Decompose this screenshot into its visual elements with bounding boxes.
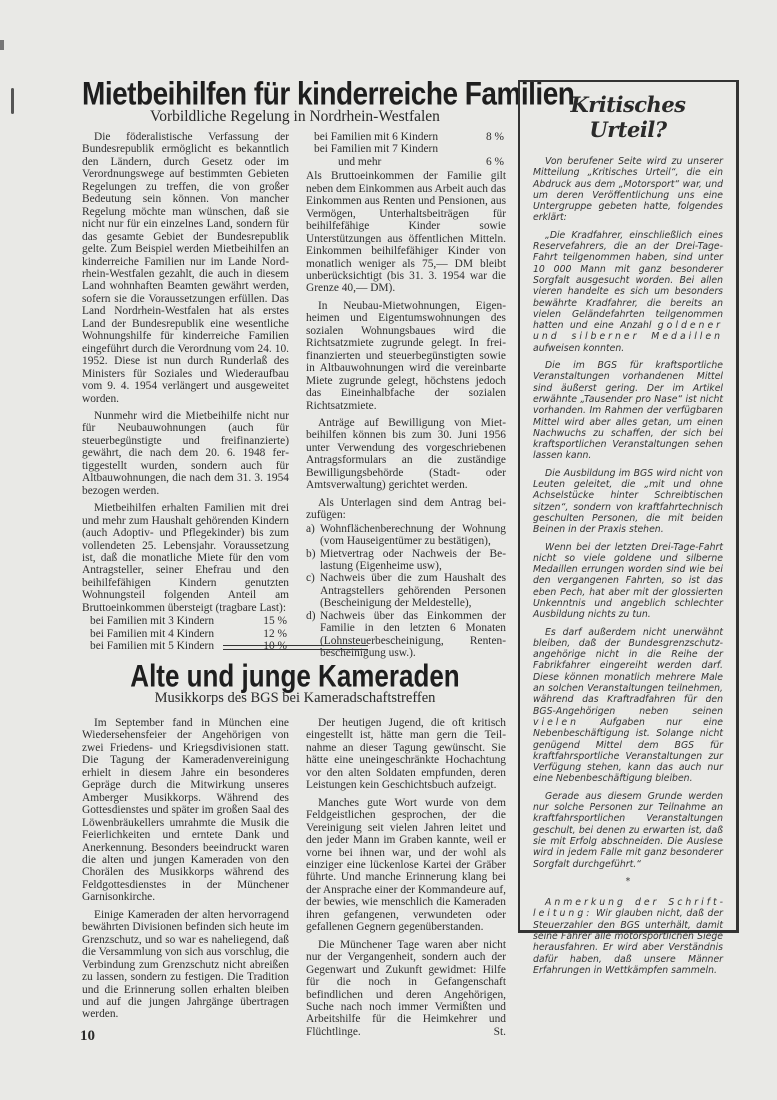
paragraph: Mietbeihilfen erhalten Familien mit drei… xyxy=(82,502,289,614)
list-item: b) Mietvertrag oder Nachweis der Be­last… xyxy=(306,548,506,573)
paragraph: Nunmehr wird die Mietbeihilfe nicht nur … xyxy=(82,410,289,497)
paragraph: Der heutigen Jugend, die oft kritisch ei… xyxy=(306,717,506,792)
margin-mark xyxy=(11,88,14,114)
list-item: c) Nachweis über die zum Haushalt des An… xyxy=(306,572,506,609)
sidebar-title: Kritisches Urteil? xyxy=(533,92,723,142)
scan-mark xyxy=(0,40,4,50)
article2-column2: Der heutigen Jugend, die oft kritisch ei… xyxy=(306,717,506,1043)
paragraph: Die föderalistische Verfassung der Bunde… xyxy=(82,131,289,405)
article1-column2: bei Familien mit 6 Kindern 8 % bei Famil… xyxy=(306,131,506,660)
paragraph: Einige Kameraden der alten hervor­ragend… xyxy=(82,909,289,1021)
sidebar-body: Von berufener Seite wird zu un­serer Mit… xyxy=(533,156,723,976)
list-item: a) Wohnflächenberechnung der Woh­nung (v… xyxy=(306,523,506,548)
list-item: d) Nachweis über das Einkommen der Famil… xyxy=(306,610,506,660)
article1-title: Mietbeihilfen für kinderreiche Familien xyxy=(82,76,508,113)
star-separator: * xyxy=(533,876,723,887)
page-number: 10 xyxy=(80,1028,95,1045)
paragraph: Die Münchener Tage waren aber nicht nur … xyxy=(306,939,506,1039)
paragraph: Die Ausbildung im BGS wird nicht von Leu… xyxy=(533,468,723,536)
paragraph: Die im BGS für kraftsportliche Veranstal… xyxy=(533,360,723,462)
paragraph: Anträge auf Bewilligung von Miet­beihilf… xyxy=(306,417,506,492)
editor-note: Anmerkung der Schrift­leitung: Wir glaub… xyxy=(533,897,723,976)
article2-column1: Im September fand in München eine Wieder… xyxy=(82,717,289,1026)
paragraph: Wenn bei der letzten Drei-Tage-Fahrt nic… xyxy=(533,542,723,621)
rate-row: bei Familien mit 4 Kindern 12 % xyxy=(82,628,289,640)
paragraph: Es darf außerdem nicht unerwähnt bleiben… xyxy=(533,627,723,785)
paragraph: Von berufener Seite wird zu un­serer Mit… xyxy=(533,156,723,224)
paragraph: Im September fand in München eine Wieder… xyxy=(82,717,289,904)
rate-row: bei Familien mit 7 Kindern xyxy=(306,143,506,155)
rate-row: und mehr 6 % xyxy=(306,156,506,168)
section-divider xyxy=(223,645,368,650)
paragraph: In Neubau-Mietwohnungen, Eigen­heimen un… xyxy=(306,300,506,412)
sidebar-box: Kritisches Urteil? Von berufener Seite w… xyxy=(518,80,739,933)
paragraph: Gerade aus diesem Grunde wer­den nur sol… xyxy=(533,791,723,870)
article1-subtitle: Vorbildliche Regelung in Nordrhein-Westf… xyxy=(82,108,508,126)
paragraph: Als Bruttoeinkommen der Familie gilt neb… xyxy=(306,170,506,295)
paragraph: „Die Kradfahrer, einschließlich eines Re… xyxy=(533,230,723,354)
magazine-page: Mietbeihilfen für kinderreiche Familien … xyxy=(0,0,777,1100)
rate-row: bei Familien mit 3 Kindern 15 % xyxy=(82,615,289,627)
paragraph: Manches gute Wort wurde von dem Feldgeis… xyxy=(306,797,506,934)
author-signature: St. xyxy=(482,1026,506,1038)
article2-subtitle: Musikkorps des BGS bei Kameradschaftstre… xyxy=(82,690,508,707)
article1-column1: Die föderalistische Verfassung der Bunde… xyxy=(82,131,289,653)
paragraph: Als Unterlagen sind dem Antrag bei­zufüg… xyxy=(306,497,506,522)
rate-row: bei Familien mit 6 Kindern 8 % xyxy=(306,131,506,143)
